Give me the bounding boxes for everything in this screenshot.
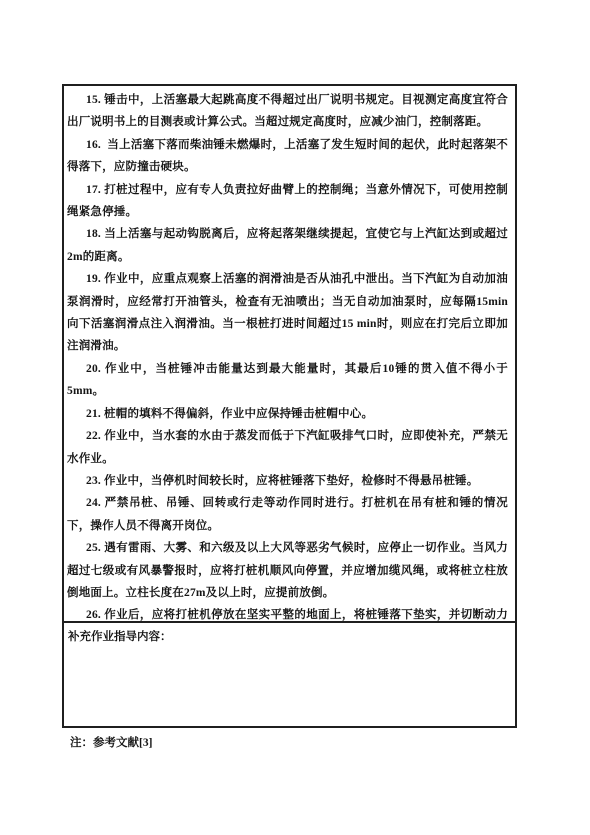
document-page: 15. 锤击中，上活塞最大起跳高度不得超过出厂说明书规定。目视测定高度宜符合出厂… [0,0,590,835]
instructions-cell: 15. 锤击中，上活塞最大起跳高度不得超过出厂说明书规定。目视测定高度宜符合出厂… [64,86,515,623]
instruction-item-18: 18. 当上活塞与起动钩脱离后，应将起落架继续提起，宜使它与上汽缸达到或超过2m… [67,223,508,268]
instruction-item-26: 26. 作业后，应将打桩机停放在坚实平整的地面上，将桩锤落下垫实，并切断动力电源… [67,604,508,623]
instruction-item-16: 16. 当上活塞下落而柴油锤未燃爆时，上活塞了发生短时间的起伏，此时起落架不得落… [67,134,508,179]
instruction-item-17: 17. 打桩过程中，应有专人负责拉好曲臂上的控制绳；当意外情况下，可使用控制绳紧… [67,179,508,224]
instruction-item-19: 19. 作业中，应重点观察上活塞的润滑油是否从油孔中泄出。当下汽缸为自动加油泵润… [67,268,508,358]
instruction-item-22: 22. 作业中，当水套的水由于蒸发而低于下汽缸吸排气口时，应即使补充，严禁无水作… [67,425,508,470]
instruction-table: 15. 锤击中，上活塞最大起跳高度不得超过出厂说明书规定。目视测定高度宜符合出厂… [62,84,517,728]
instruction-item-24: 24. 严禁吊桩、吊锤、回转或行走等动作同时进行。打桩机在吊有桩和锤的情况下，操… [67,492,508,537]
instruction-item-15: 15. 锤击中，上活塞最大起跳高度不得超过出厂说明书规定。目视测定高度宜符合出厂… [67,89,508,134]
supplement-cell: 补充作业指导内容： [64,623,515,726]
instruction-item-25: 25. 遇有雷雨、大雾、和六级及以上大风等恶劣气候时，应停止一切作业。当风力超过… [67,537,508,604]
instruction-item-23: 23. 作业中，当停机时间较长时，应将桩锤落下垫好，检修时不得悬吊桩锤。 [67,470,508,492]
supplement-label: 补充作业指导内容： [68,631,172,643]
instruction-item-21: 21. 桩帽的填料不得偏斜，作业中应保持锤击桩帽中心。 [67,403,508,425]
instruction-item-20: 20. 作业中，当桩锤冲击能量达到最大能量时，其最后10锤的贯入值不得小于5mm… [67,358,508,403]
reference-note: 注：参考文献[3] [70,736,152,750]
